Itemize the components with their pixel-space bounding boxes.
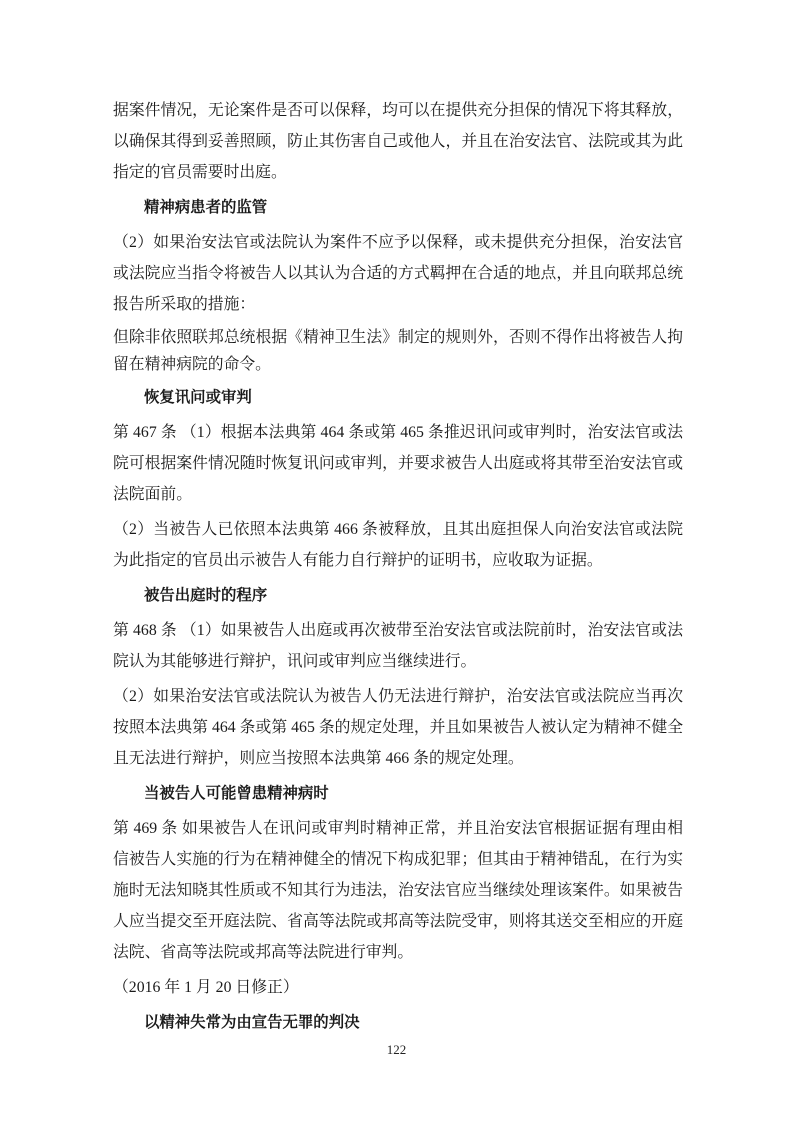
paragraph: 第 469 条 如果被告人在讯问或审判时精神正常，并且治安法官根据证据有理由相信… xyxy=(113,813,683,968)
paragraph: 但除非依照联邦总统根据《精神卫生法》制定的规则外，否则不得作出将被告人拘留在精神… xyxy=(113,324,683,378)
section-heading: 被告出庭时的程序 xyxy=(113,580,683,611)
section-heading: 当被告人可能曾患精神病时 xyxy=(113,778,683,809)
paragraph: （2）如果治安法官或法院认为被告人仍无法进行辩护，治安法官或法院应当再次按照本法… xyxy=(113,681,683,774)
section-heading: 以精神失常为由宣告无罪的判决 xyxy=(113,1007,683,1038)
paragraph: （2）当被告人已依照本法典第 466 条被释放，且其出庭担保人向治安法官或法院为… xyxy=(113,514,683,576)
document-page: 据案件情况，无论案件是否可以保释，均可以在提供充分担保的情况下将其释放，以确保其… xyxy=(0,0,793,1122)
page-number: 122 xyxy=(387,1042,407,1057)
paragraph: （2016 年 1 月 20 日修正） xyxy=(113,972,683,1003)
paragraph: 据案件情况，无论案件是否可以保释，均可以在提供充分担保的情况下将其释放，以确保其… xyxy=(113,95,683,188)
paragraph: 第 468 条 （1）如果被告人出庭或再次被带至治安法官或法院前时，治安法官或法… xyxy=(113,615,683,677)
section-heading: 精神病患者的监管 xyxy=(113,192,683,223)
section-heading: 恢复讯问或审判 xyxy=(113,382,683,413)
page-footer: 122 xyxy=(0,1042,793,1058)
document-body: 据案件情况，无论案件是否可以保释，均可以在提供充分担保的情况下将其释放，以确保其… xyxy=(113,95,683,1042)
paragraph: （2）如果治安法官或法院认为案件不应予以保释，或未提供充分担保，治安法官或法院应… xyxy=(113,227,683,320)
paragraph: 第 467 条 （1）根据本法典第 464 条或第 465 条推迟讯问或审判时，… xyxy=(113,417,683,510)
